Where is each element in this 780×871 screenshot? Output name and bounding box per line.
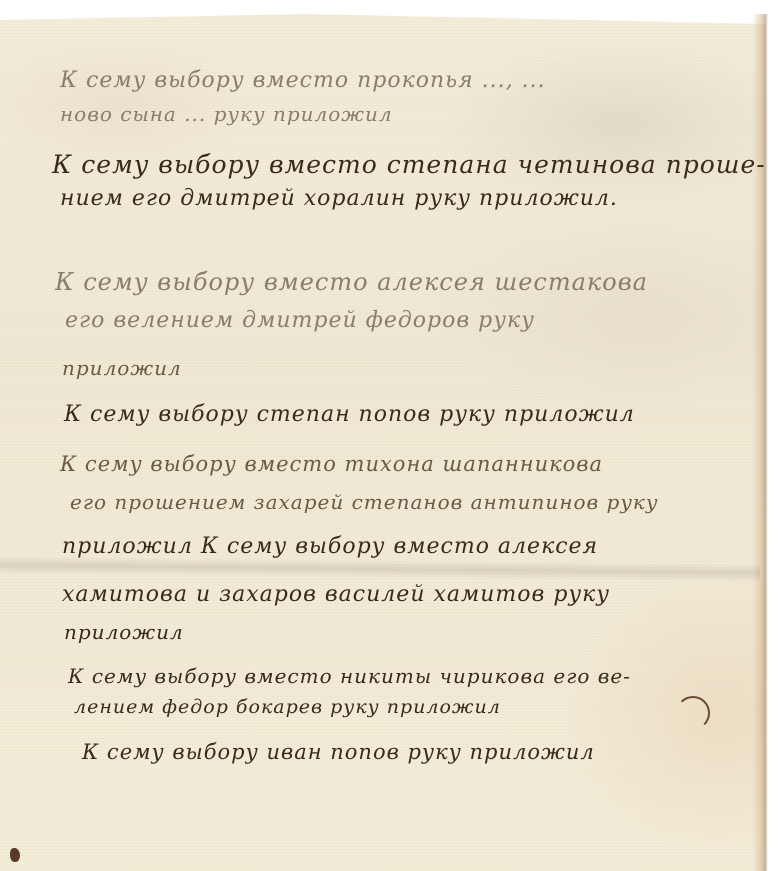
manuscript-line-6: его велением дмитрей федоров руку [65, 308, 535, 333]
manuscript-line-14: К сему выбору вместо никиты чирикова его… [68, 664, 631, 688]
manuscript-line-11: приложил К сему выбору вместо алексея [62, 534, 598, 559]
pen-flourish [676, 696, 710, 730]
manuscript-line-13: приложил [64, 620, 184, 644]
manuscript-line-3: К сему выбору вместо степана четинова пр… [52, 150, 766, 179]
manuscript-line-12: хамитова и захаров василей хамитов руку [62, 582, 610, 607]
manuscript-line-16: К сему выбору иван попов руку приложил [82, 740, 595, 764]
manuscript-line-7: приложил [62, 356, 182, 380]
manuscript-line-1: К сему выбору вместо прокопья ..., ... [60, 68, 546, 93]
manuscript-line-15: лением федор бокарев руку приложил [74, 696, 501, 718]
manuscript-line-2: ново сына ... руку приложил [60, 102, 393, 126]
paper-edge [752, 14, 768, 871]
manuscript-line-9: К сему выбору вместо тихона шапанникова [60, 452, 603, 476]
manuscript-line-10: его прошением захарей степанов антипинов… [70, 490, 658, 514]
manuscript-line-4: нием его дмитрей хоралин руку приложил. [60, 186, 618, 211]
manuscript-line-8: К сему выбору степан попов руку приложил [64, 402, 635, 427]
ink-stain [10, 848, 20, 862]
manuscript-line-5: К сему выбору вместо алексея шестакова [55, 268, 648, 296]
